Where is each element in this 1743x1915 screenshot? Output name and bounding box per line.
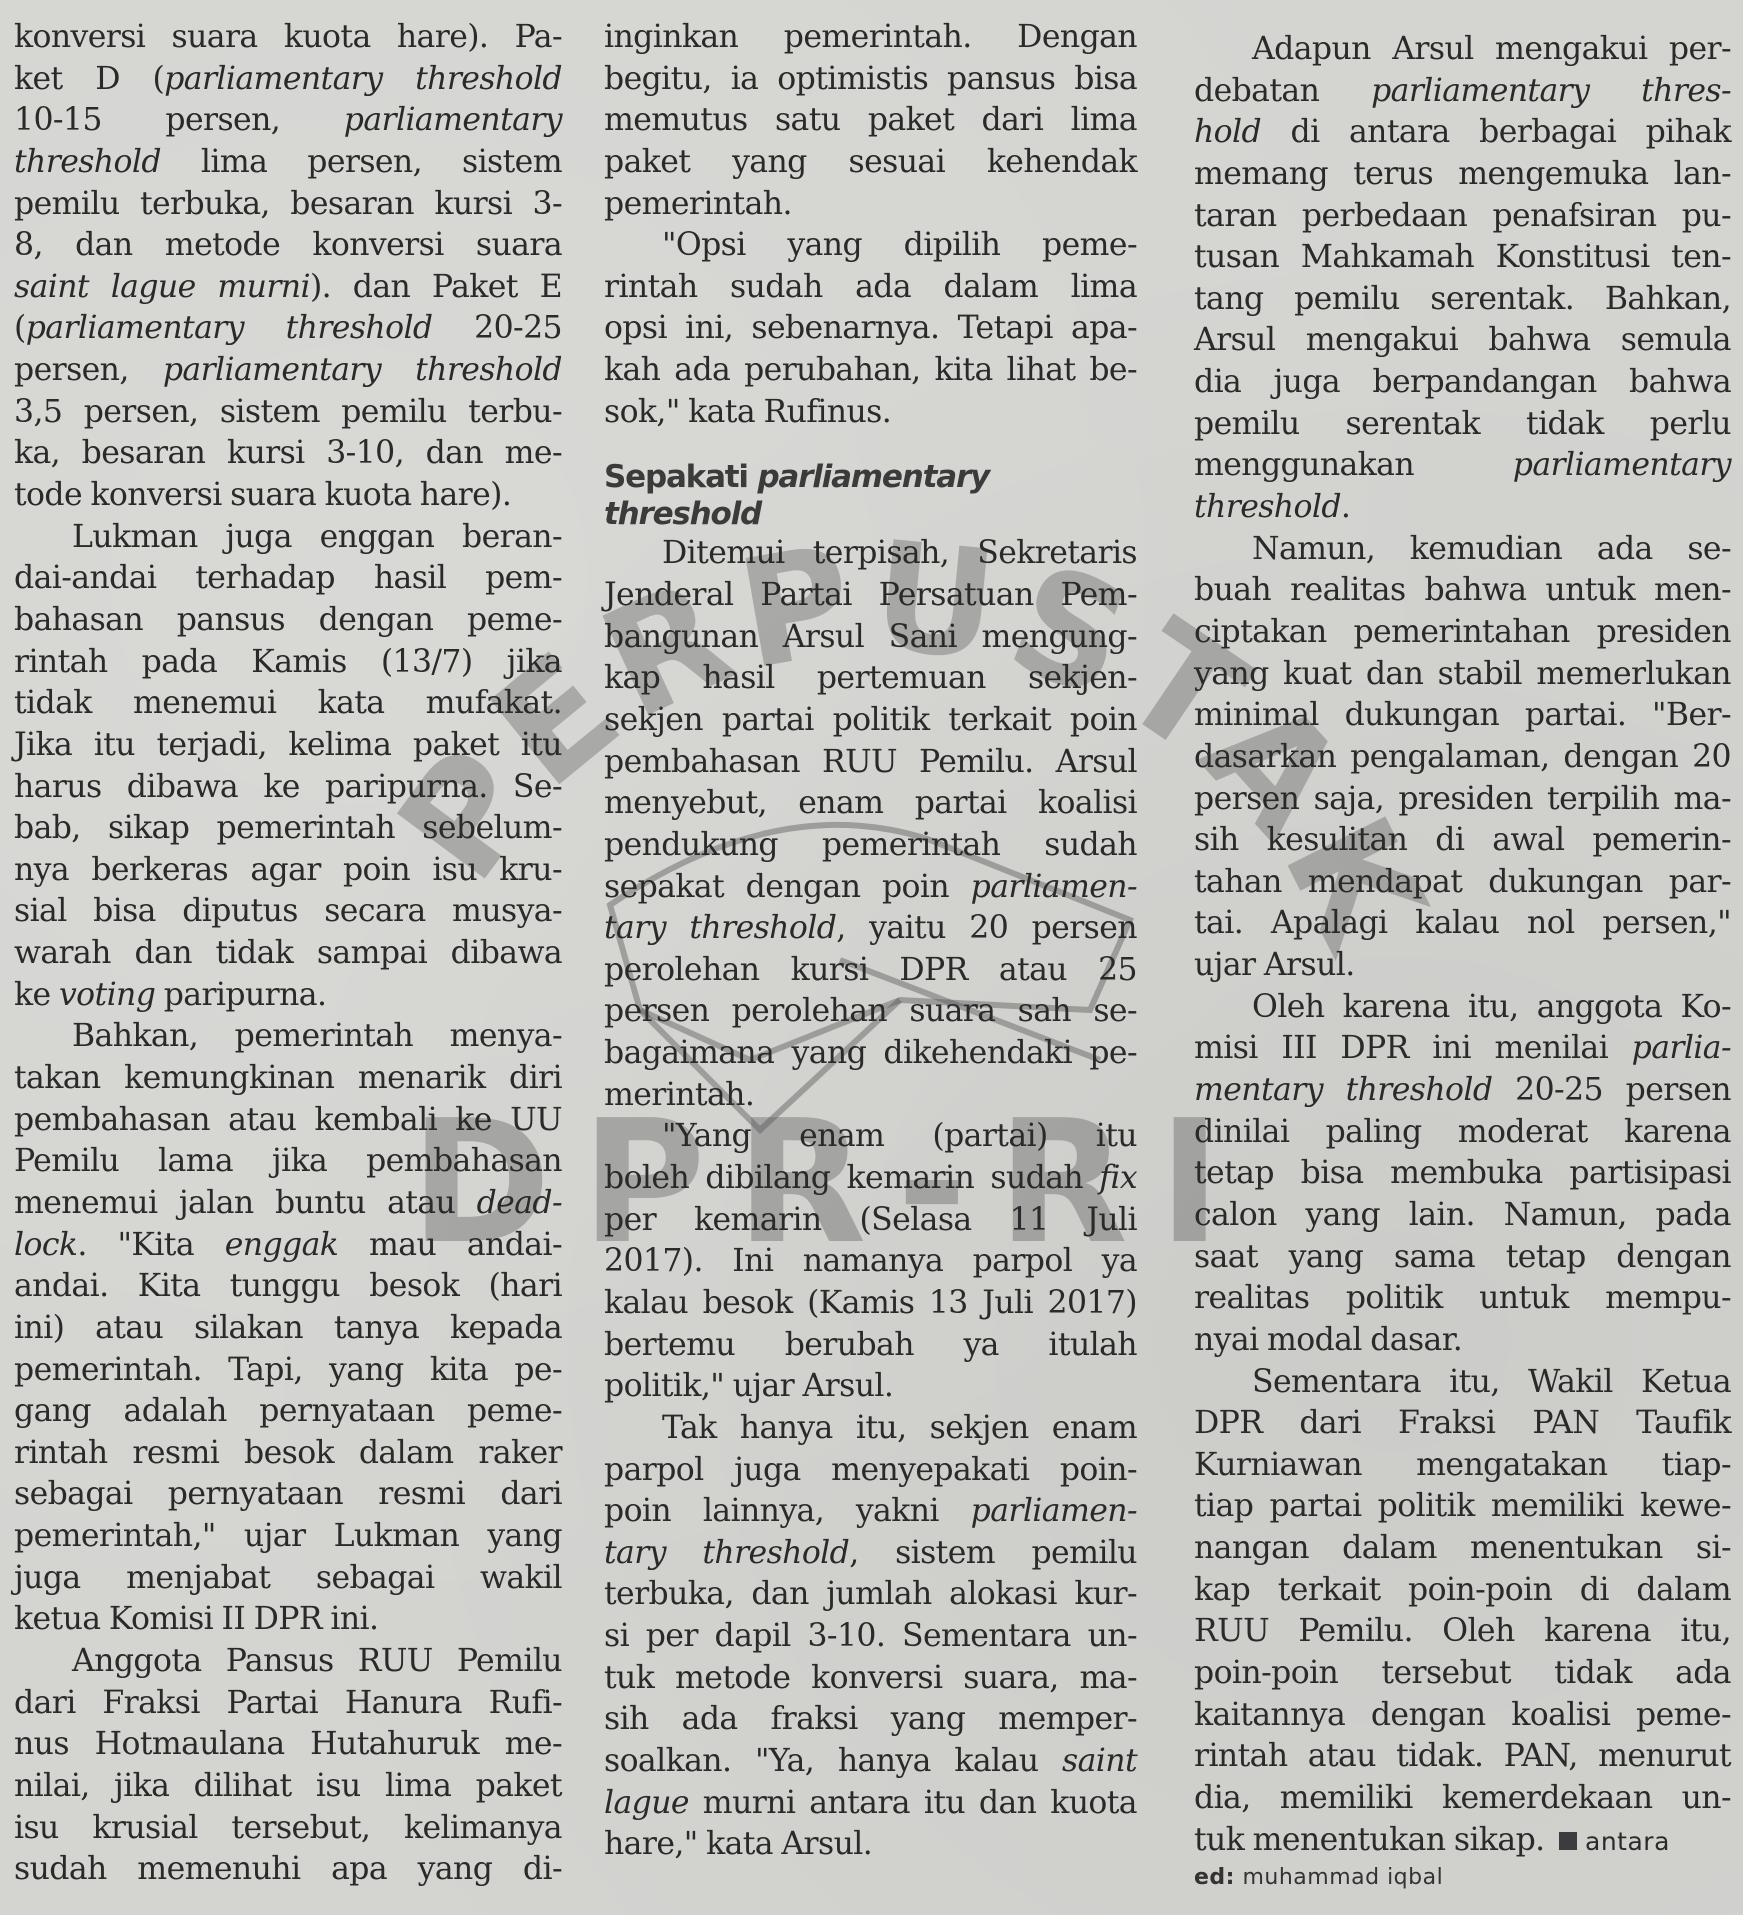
text-line: rintah sudah ada dalam lima <box>604 267 1137 309</box>
text-line: ket D (parliamentary threshold <box>14 59 562 101</box>
text-run: bangunan Arsul Sani mengung- <box>604 619 1137 655</box>
text-run: kap terkait poin-poin di dalam <box>1194 1572 1731 1608</box>
text-run: dari Fraksi Partai Hanura Rufi- <box>14 1685 562 1721</box>
text-line: mentary threshold 20-25 persen <box>1194 1070 1731 1112</box>
text-line: Arsul mengakui bahwa semula <box>1194 320 1731 362</box>
text-run: misi III DPR ini menilai <box>1194 1030 1632 1066</box>
text-run: 3,5 persen, sistem pemilu terbu- <box>14 394 562 430</box>
text-line: sebagai pernyataan resmi dari <box>14 1474 562 1516</box>
italic-run: tary threshold <box>604 910 836 946</box>
text-run: tidak menemui kata mufakat. <box>14 685 562 721</box>
text-run: "Opsi yang dipilih peme- <box>662 227 1137 263</box>
text-line: bagaimana yang dikehendaki pe- <box>604 1033 1137 1075</box>
text-run: taran perbedaan penafsiran pu- <box>1194 198 1731 234</box>
text-run: sebagai pernyataan resmi dari <box>14 1476 562 1512</box>
text-run: pendukung pemerintah sudah <box>604 827 1137 863</box>
text-line: realitas politik untuk mempu- <box>1194 1278 1731 1320</box>
text-run: ke <box>14 977 59 1013</box>
text-run: Sementara itu, Wakil Ketua <box>1252 1364 1731 1400</box>
italic-run: saint lague murni <box>14 269 310 305</box>
text-run: 8, dan metode konversi suara <box>14 227 562 263</box>
italic-run: parliamentary thres- <box>1371 73 1731 109</box>
text-line: Jenderal Partai Persatuan Pem- <box>604 575 1137 617</box>
text-line: misi III DPR ini menilai parlia- <box>1194 1028 1731 1070</box>
text-line: soalkan. "Ya, hanya kalau saint <box>604 1741 1137 1783</box>
text-line: terbuka, dan jumlah alokasi kur- <box>604 1574 1137 1616</box>
text-run: rintah pada Kamis (13/7) jika <box>14 644 562 680</box>
text-line: rintah atau tidak. PAN, menurut <box>1194 1736 1731 1778</box>
text-run: Pemilu lama jika pembahasan <box>14 1143 562 1179</box>
text-line: pembahasan atau kembali ke UU <box>14 1100 562 1142</box>
editor-label: ed: <box>1194 1865 1235 1890</box>
text-run: takan kemungkinan menarik diri <box>14 1060 562 1096</box>
text-run: isu krusial tersebut, kelimanya <box>14 1810 562 1846</box>
text-line: 10-15 persen, parliamentary <box>14 100 562 142</box>
text-line: ujar Arsul. <box>1194 945 1731 987</box>
text-run: soalkan. "Ya, hanya kalau <box>604 1743 1062 1779</box>
text-line: tang pemilu serentak. Bahkan, <box>1194 279 1731 321</box>
text-run: sepakat dengan poin <box>604 869 971 905</box>
text-line: Pemilu lama jika pembahasan <box>14 1141 562 1183</box>
text-line: saat yang sama tetap dengan <box>1194 1237 1731 1279</box>
text-run: ket D ( <box>14 61 164 97</box>
text-line: sih kesulitan di awal pemerin- <box>1194 820 1731 862</box>
text-run: nilai, jika dilihat isu lima paket <box>14 1768 562 1804</box>
text-run: realitas politik untuk mempu- <box>1194 1280 1731 1316</box>
text-run: dai-andai terhadap hasil pem- <box>14 560 562 596</box>
text-line: dia, memiliki kemerdekaan un- <box>1194 1778 1731 1820</box>
italic-run: parliamen- <box>971 1493 1137 1529</box>
text-run: memutus satu paket dari lima <box>604 102 1137 138</box>
text-run: persen, <box>14 352 163 388</box>
text-line: Kurniawan mengatakan tiap- <box>1194 1445 1731 1487</box>
text-line: Ditemui terpisah, Sekretaris <box>604 533 1137 575</box>
text-line: tahan mendapat dukungan par- <box>1194 862 1731 904</box>
text-run: ( <box>14 310 26 346</box>
text-line: 2017). Ini namanya parpol ya <box>604 1241 1137 1283</box>
text-line: ke voting paripurna. <box>14 975 562 1017</box>
text-run: merintah. <box>604 1077 754 1113</box>
editor-name: muhammad iqbal <box>1242 1865 1443 1890</box>
subheading-italic: parliamentary <box>757 459 989 495</box>
text-line: rintah pada Kamis (13/7) jika <box>14 642 562 684</box>
text-line: boleh dibilang kemarin sudah fix <box>604 1158 1137 1200</box>
text-line: nus Hotmaulana Hutahuruk me- <box>14 1724 562 1766</box>
text-run: menemui jalan buntu atau <box>14 1185 477 1221</box>
text-line: ka, besaran kursi 3-10, dan me- <box>14 433 562 475</box>
text-run: sekjen partai politik terkait poin <box>604 702 1137 738</box>
text-run: paripurna. <box>155 977 326 1013</box>
text-line: Anggota Pansus RUU Pemilu <box>14 1641 562 1683</box>
text-line: parpol juga menyepakati poin- <box>604 1450 1137 1492</box>
text-run: gang adalah pernyataan peme- <box>14 1393 562 1429</box>
text-line: pemerintah. <box>604 184 1137 226</box>
text-line: dasarkan pengalaman, dengan 20 <box>1194 737 1731 779</box>
text-line: nyai modal dasar. <box>1194 1320 1731 1362</box>
text-run: sok," kata Rufinus. <box>604 394 891 430</box>
text-run: , sistem pemilu <box>849 1535 1137 1571</box>
text-line: merintah. <box>604 1075 1137 1117</box>
text-run: bahasan pansus dengan peme- <box>14 602 562 638</box>
text-run: lima persen, sistem <box>161 144 562 180</box>
text-run: dasarkan pengalaman, dengan 20 <box>1194 739 1731 775</box>
text-run: nya berkeras agar poin isu kru- <box>14 852 562 888</box>
text-run: di antara berbagai pihak <box>1261 114 1731 150</box>
text-line: harus dibawa ke paripurna. Se- <box>14 767 562 809</box>
text-run: , yaitu 20 persen <box>836 910 1137 946</box>
text-line: dinilai paling moderat karena <box>1194 1112 1731 1154</box>
text-run: . "Kita <box>77 1227 224 1263</box>
text-run: 10-15 persen, <box>14 102 344 138</box>
text-line: Tak hanya itu, sekjen enam <box>604 1408 1137 1450</box>
text-line: kap hasil pertemuan sekjen- <box>604 658 1137 700</box>
text-line: Namun, kemudian ada se- <box>1194 529 1731 571</box>
text-line: pemerintah," ujar Lukman yang <box>14 1516 562 1558</box>
text-line: tary threshold, sistem pemilu <box>604 1533 1137 1575</box>
text-run: politik," ujar Arsul. <box>604 1368 893 1404</box>
text-run: yang kuat dan stabil memerlukan <box>1194 656 1731 692</box>
text-line: nilai, jika dilihat isu lima paket <box>14 1766 562 1808</box>
text-run: paket yang sesuai kehendak <box>604 144 1137 180</box>
text-run: kap hasil pertemuan sekjen- <box>604 660 1137 696</box>
text-line: isu krusial tersebut, kelimanya <box>14 1808 562 1850</box>
text-run: mau andai- <box>338 1227 562 1263</box>
text-run: Ditemui terpisah, Sekretaris <box>662 535 1137 571</box>
text-run: Namun, kemudian ada se- <box>1252 531 1731 567</box>
text-run: debatan <box>1194 73 1371 109</box>
text-run: tetap bisa membuka partisipasi <box>1194 1155 1731 1191</box>
text-line: ciptakan pemerintahan presiden <box>1194 612 1731 654</box>
italic-run: parliamen- <box>971 869 1137 905</box>
text-run: opsi ini, sebenarnya. Tetapi apa- <box>604 310 1137 346</box>
text-run: andai. Kita tunggu besok (hari <box>14 1268 562 1304</box>
text-run: boleh dibilang kemarin sudah <box>604 1160 1099 1196</box>
text-line: calon yang lain. Namun, pada <box>1194 1195 1731 1237</box>
text-line: pembahasan RUU Pemilu. Arsul <box>604 742 1137 784</box>
text-run: Jenderal Partai Persatuan Pem- <box>604 577 1137 613</box>
text-run: konversi suara kuota hare). Pa- <box>14 19 562 55</box>
text-line: saint lague murni). dan Paket E <box>14 267 562 309</box>
closing-text: tuk menentukan sikap. <box>1194 1822 1545 1858</box>
text-line: minimal dukungan partai. "Ber- <box>1194 695 1731 737</box>
text-line: pendukung pemerintah sudah <box>604 825 1137 867</box>
text-run: rintah resmi besok dalam raker <box>14 1435 562 1471</box>
editor-credit: ed: muhammad iqbal <box>1194 1861 1731 1895</box>
text-line: lague murni antara itu dan kuota <box>604 1783 1137 1825</box>
text-run: dia, memiliki kemerdekaan un- <box>1194 1780 1731 1816</box>
italic-run: tary threshold <box>604 1535 849 1571</box>
text-run: ujar Arsul. <box>1194 947 1355 983</box>
text-line: persen saja, presiden terpilih ma- <box>1194 779 1731 821</box>
text-line: poin-poin tersebut tidak ada <box>1194 1653 1731 1695</box>
text-run: calon yang lain. Namun, pada <box>1194 1197 1731 1233</box>
text-run: pemilu serentak tidak perlu <box>1194 406 1731 442</box>
text-run: terbuka, dan jumlah alokasi kur- <box>604 1576 1137 1612</box>
text-run: dinilai paling moderat karena <box>1194 1114 1731 1150</box>
text-line: kaitannya dengan koalisi peme- <box>1194 1695 1731 1737</box>
text-run: warah dan tidak sampai dibawa <box>14 935 562 971</box>
text-line: Bahkan, pemerintah menya- <box>14 1016 562 1058</box>
text-run: murni antara itu dan kuota <box>689 1785 1137 1821</box>
text-line: sial bisa diputus secara musya- <box>14 891 562 933</box>
text-line: 8, dan metode konversi suara <box>14 225 562 267</box>
text-run: ka, besaran kursi 3-10, dan me- <box>14 435 562 471</box>
text-line: Jika itu terjadi, kelima paket itu <box>14 725 562 767</box>
text-run: bertemu berubah ya itulah <box>604 1327 1137 1363</box>
text-run: pemerintah. <box>604 186 792 222</box>
text-line: tary threshold, yaitu 20 persen <box>604 908 1137 950</box>
text-run: ini) atau silakan tanya kepada <box>14 1310 562 1346</box>
text-line: tusan Mahkamah Konstitusi ten- <box>1194 237 1731 279</box>
text-run: juga menjabat sebagai wakil <box>14 1560 562 1596</box>
text-run: tang pemilu serentak. Bahkan, <box>1194 281 1731 317</box>
italic-run: lock <box>14 1227 77 1263</box>
text-run: tahan mendapat dukungan par- <box>1194 864 1731 900</box>
text-run: . <box>1341 489 1350 525</box>
text-line: RUU Pemilu. Oleh karena itu, <box>1194 1611 1731 1653</box>
text-line: bab, sikap pemerintah sebelum- <box>14 808 562 850</box>
text-line: sih ada fraksi yang memper- <box>604 1699 1137 1741</box>
text-run: inginkan pemerintah. Dengan <box>604 19 1137 55</box>
text-run: pembahasan RUU Pemilu. Arsul <box>604 744 1137 780</box>
text-line: gang adalah pernyataan peme- <box>14 1391 562 1433</box>
italic-run: parliamentary threshold <box>164 61 562 97</box>
text-line: andai. Kita tunggu besok (hari <box>14 1266 562 1308</box>
text-line: pemerintah. Tapi, yang kita pe- <box>14 1350 562 1392</box>
text-line: tiap partai politik memiliki kewe- <box>1194 1486 1731 1528</box>
text-run: tode konversi suara kuota hare). <box>14 477 511 513</box>
text-run: Kurniawan mengatakan tiap- <box>1194 1447 1731 1483</box>
article-column-1: konversi suara kuota hare). Pa-ket D (pa… <box>14 17 562 1891</box>
italic-run: fix <box>1099 1160 1137 1196</box>
text-line: memang terus mengemuka lan- <box>1194 154 1731 196</box>
text-run: "Yang enam (partai) itu <box>662 1118 1137 1154</box>
text-run: menggunakan <box>1194 447 1513 483</box>
text-run: pemerintah," ujar Lukman yang <box>14 1518 562 1554</box>
text-line: per kemarin (Selasa 11 Juli <box>604 1200 1137 1242</box>
text-line: tidak menemui kata mufakat. <box>14 683 562 725</box>
text-line: opsi ini, sebenarnya. Tetapi apa- <box>604 308 1137 350</box>
text-run: Arsul mengakui bahwa semula <box>1194 322 1731 358</box>
text-line: tetap bisa membuka partisipasi <box>1194 1153 1731 1195</box>
italic-run: mentary threshold <box>1194 1072 1492 1108</box>
text-run: Tak hanya itu, sekjen enam <box>662 1410 1137 1446</box>
text-run: 20-25 <box>433 310 562 346</box>
text-run: Anggota Pansus RUU Pemilu <box>72 1643 562 1679</box>
text-run: bagaimana yang dikehendaki pe- <box>604 1035 1137 1071</box>
text-line: "Yang enam (partai) itu <box>604 1116 1137 1158</box>
text-run: persen perolehan suara sah se- <box>604 993 1137 1029</box>
text-run: nyai modal dasar. <box>1194 1322 1462 1358</box>
text-run: harus dibawa ke paripurna. Se- <box>14 769 562 805</box>
text-run: sial bisa diputus secara musya- <box>14 893 562 929</box>
italic-run: parliamentary threshold <box>26 310 433 346</box>
italic-run: saint <box>1062 1743 1137 1779</box>
text-line: debatan parliamentary thres- <box>1194 71 1731 113</box>
text-line: kah ada perubahan, kita lihat be- <box>604 350 1137 392</box>
text-line: dia juga berpandangan bahwa <box>1194 362 1731 404</box>
text-run: Jika itu terjadi, kelima paket itu <box>14 727 562 763</box>
text-line: pemilu terbuka, besaran kursi 3- <box>14 184 562 226</box>
text-line: poin lainnya, yakni parliamen- <box>604 1491 1137 1533</box>
text-run: ). dan Paket E <box>310 269 562 305</box>
text-line: tode konversi suara kuota hare). <box>14 475 562 517</box>
text-line: perolehan kursi DPR atau 25 <box>604 950 1137 992</box>
text-run: RUU Pemilu. Oleh karena itu, <box>1194 1613 1731 1649</box>
text-line: inginkan pemerintah. Dengan <box>604 17 1137 59</box>
text-run: begitu, ia optimistis pansus bisa <box>604 61 1137 97</box>
text-line: bertemu berubah ya itulah <box>604 1325 1137 1367</box>
text-line: rintah resmi besok dalam raker <box>14 1433 562 1475</box>
spacer <box>604 433 1137 459</box>
text-run: minimal dukungan partai. "Ber- <box>1194 697 1731 733</box>
text-run: tiap partai politik memiliki kewe- <box>1194 1488 1731 1524</box>
text-run: saat yang sama tetap dengan <box>1194 1239 1731 1275</box>
text-line: Oleh karena itu, anggota Ko- <box>1194 987 1731 1029</box>
text-line: hold di antara berbagai pihak <box>1194 112 1731 154</box>
text-line: juga menjabat sebagai wakil <box>14 1558 562 1600</box>
text-line: warah dan tidak sampai dibawa <box>14 933 562 975</box>
text-line: politik," ujar Arsul. <box>604 1366 1137 1408</box>
text-line: lock. "Kita enggak mau andai- <box>14 1225 562 1267</box>
text-run: si per dapil 3-10. Sementara un- <box>604 1618 1137 1654</box>
text-line: threshold lima persen, sistem <box>14 142 562 184</box>
text-line: sok," kata Rufinus. <box>604 392 1137 434</box>
italic-run: parliamentary <box>1513 447 1731 483</box>
text-line: taran perbedaan penafsiran pu- <box>1194 196 1731 238</box>
end-of-article-mark-icon <box>1559 1832 1577 1850</box>
italic-run: lague <box>604 1785 689 1821</box>
italic-run: threshold <box>1194 489 1341 525</box>
text-line: begitu, ia optimistis pansus bisa <box>604 59 1137 101</box>
text-line: tuk metode konversi suara, ma- <box>604 1658 1137 1700</box>
column-3-body: Adapun Arsul mengakui per-debatan parlia… <box>1194 29 1731 1820</box>
text-run: kah ada perubahan, kita lihat be- <box>604 352 1137 388</box>
article-column-3: Adapun Arsul mengakui per-debatan parlia… <box>1194 17 1731 1895</box>
text-run: ciptakan pemerintahan presiden <box>1194 614 1731 650</box>
text-line: sepakat dengan poin parliamen- <box>604 867 1137 909</box>
text-line: Sementara itu, Wakil Ketua <box>1194 1362 1731 1404</box>
text-line: threshold. <box>1194 487 1731 529</box>
text-run: persen saja, presiden terpilih ma- <box>1194 781 1731 817</box>
text-line: menggunakan parliamentary <box>1194 445 1731 487</box>
text-run: sih kesulitan di awal pemerin- <box>1194 822 1731 858</box>
text-run: perolehan kursi DPR atau 25 <box>604 952 1137 988</box>
text-run: parpol juga menyepakati poin- <box>604 1452 1137 1488</box>
text-run: rintah sudah ada dalam lima <box>604 269 1137 305</box>
column-2-body-bottom: Ditemui terpisah, SekretarisJenderal Par… <box>604 533 1137 1866</box>
italic-run: parlia- <box>1632 1030 1731 1066</box>
text-run: 20-25 persen <box>1492 1072 1731 1108</box>
text-line: buah realitas bahwa untuk men- <box>1194 570 1731 612</box>
text-run: poin-poin tersebut tidak ada <box>1194 1655 1731 1691</box>
text-run: kaitannya dengan koalisi peme- <box>1194 1697 1731 1733</box>
text-run: pembahasan atau kembali ke UU <box>14 1102 562 1138</box>
section-subheading-line-2: threshold <box>604 496 1137 533</box>
italic-run: parliamentary threshold <box>163 352 562 388</box>
subheading-plain: Sepakati <box>604 459 757 495</box>
text-run: tusan Mahkamah Konstitusi ten- <box>1194 239 1731 275</box>
text-line: kalau besok (Kamis 13 Juli 2017) <box>604 1283 1137 1325</box>
article-column-2: inginkan pemerintah. Denganbegitu, ia op… <box>604 17 1137 1866</box>
text-run: 2017). Ini namanya parpol ya <box>604 1243 1137 1279</box>
text-line: kap terkait poin-poin di dalam <box>1194 1570 1731 1612</box>
italic-run: threshold <box>14 144 161 180</box>
text-line: bangunan Arsul Sani mengung- <box>604 617 1137 659</box>
text-line: hare," kata Arsul. <box>604 1824 1137 1866</box>
text-run: DPR dari Fraksi PAN Taufik <box>1194 1405 1731 1441</box>
text-run: dia juga berpandangan bahwa <box>1194 364 1731 400</box>
text-run: pemilu terbuka, besaran kursi 3- <box>14 186 562 222</box>
text-line: bahasan pansus dengan peme- <box>14 600 562 642</box>
text-run: hare," kata Arsul. <box>604 1826 872 1862</box>
text-run: menyebut, enam partai koalisi <box>604 785 1137 821</box>
text-line: DPR dari Fraksi PAN Taufik <box>1194 1403 1731 1445</box>
text-run: tuk metode konversi suara, ma- <box>604 1660 1137 1696</box>
text-run: Lukman juga enggan beran- <box>72 519 562 555</box>
text-line: Adapun Arsul mengakui per- <box>1194 29 1731 71</box>
text-line: takan kemungkinan menarik diri <box>14 1058 562 1100</box>
section-subheading: Sepakati parliamentary <box>604 459 1137 496</box>
text-run: poin lainnya, yakni <box>604 1493 971 1529</box>
text-line: persen, parliamentary threshold <box>14 350 562 392</box>
text-line: memutus satu paket dari lima <box>604 100 1137 142</box>
text-line: yang kuat dan stabil memerlukan <box>1194 654 1731 696</box>
text-line: ini) atau silakan tanya kepada <box>14 1308 562 1350</box>
text-run: per kemarin (Selasa 11 Juli <box>604 1202 1137 1238</box>
text-run: bab, sikap pemerintah sebelum- <box>14 810 562 846</box>
text-line: sudah memenuhi apa yang di- <box>14 1849 562 1891</box>
text-line: konversi suara kuota hare). Pa- <box>14 17 562 59</box>
text-line: paket yang sesuai kehendak <box>604 142 1137 184</box>
closing-line: tuk menentukan sikap. antara <box>1194 1820 1731 1862</box>
text-run: tai. Apalagi kalau nol persen," <box>1194 905 1731 941</box>
italic-run: enggak <box>225 1227 339 1263</box>
text-run: Adapun Arsul mengakui per- <box>1252 31 1731 67</box>
text-line: ketua Komisi II DPR ini. <box>14 1599 562 1641</box>
text-line: pemilu serentak tidak perlu <box>1194 404 1731 446</box>
text-run: sih ada fraksi yang memper- <box>604 1701 1137 1737</box>
text-run: nangan dalam menentukan si- <box>1194 1530 1731 1566</box>
italic-run: parliamentary <box>344 102 562 138</box>
text-line: sekjen partai politik terkait poin <box>604 700 1137 742</box>
text-line: dai-andai terhadap hasil pem- <box>14 558 562 600</box>
column-2-body-top: inginkan pemerintah. Denganbegitu, ia op… <box>604 17 1137 433</box>
text-line: menyebut, enam partai koalisi <box>604 783 1137 825</box>
text-line: dari Fraksi Partai Hanura Rufi- <box>14 1683 562 1725</box>
text-run: Bahkan, pemerintah menya- <box>72 1018 562 1054</box>
italic-run: hold <box>1194 114 1261 150</box>
text-line: nya berkeras agar poin isu kru- <box>14 850 562 892</box>
text-line: Lukman juga enggan beran- <box>14 517 562 559</box>
text-line: nangan dalam menentukan si- <box>1194 1528 1731 1570</box>
text-line: menemui jalan buntu atau dead- <box>14 1183 562 1225</box>
text-run: kalau besok (Kamis 13 Juli 2017) <box>604 1285 1137 1321</box>
text-run: buah realitas bahwa untuk men- <box>1194 572 1731 608</box>
text-run: memang terus mengemuka lan- <box>1194 156 1731 192</box>
text-run: Oleh karena itu, anggota Ko- <box>1252 989 1731 1025</box>
italic-run: voting <box>59 977 155 1013</box>
text-line: "Opsi yang dipilih peme- <box>604 225 1137 267</box>
news-source: antara <box>1585 1827 1670 1856</box>
text-line: (parliamentary threshold 20-25 <box>14 308 562 350</box>
text-line: persen perolehan suara sah se- <box>604 991 1137 1033</box>
text-line: si per dapil 3-10. Sementara un- <box>604 1616 1137 1658</box>
text-line: 3,5 persen, sistem pemilu terbu- <box>14 392 562 434</box>
subheading-italic-2: threshold <box>604 496 761 532</box>
text-line: tai. Apalagi kalau nol persen," <box>1194 903 1731 945</box>
text-run: nus Hotmaulana Hutahuruk me- <box>14 1726 562 1762</box>
